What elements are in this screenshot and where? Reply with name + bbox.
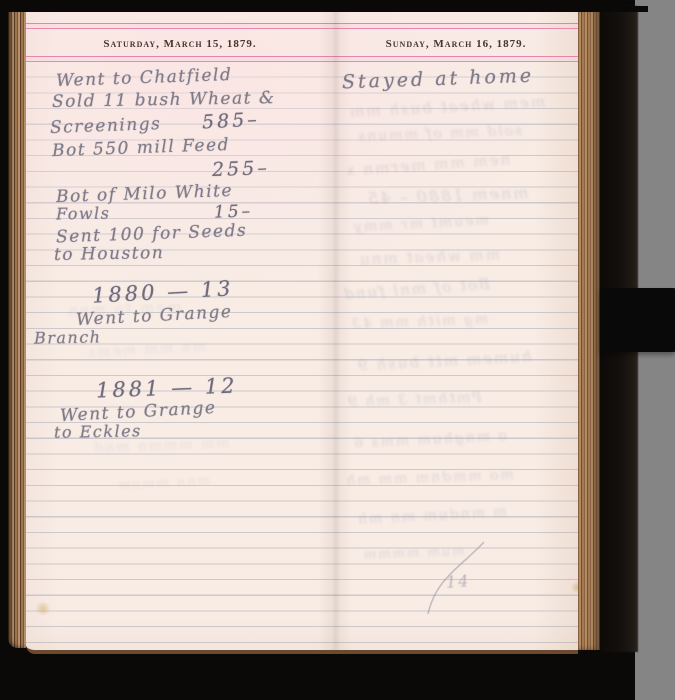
bookmark-strap	[600, 288, 675, 352]
diary-book: Saturday, March 15, 1879. Sunday, March …	[8, 6, 638, 652]
handwriting-line: Fowls	[56, 204, 111, 224]
handwriting-amount: 15–	[214, 201, 254, 222]
handwriting-year-line: 1881 — 12	[96, 374, 238, 403]
page-edges-left	[8, 8, 26, 648]
left-page-date-header: Saturday, March 15, 1879.	[26, 35, 334, 53]
handwriting-line: Screenings	[50, 114, 162, 138]
open-pages: Saturday, March 15, 1879. Sunday, March …	[26, 6, 578, 654]
header-rule-bottom	[26, 56, 578, 62]
page-edges-right	[578, 8, 600, 650]
page-stain	[34, 602, 52, 615]
handwriting-line: to Houston	[54, 243, 165, 265]
scan-top-edge	[8, 6, 648, 12]
header-rule-top	[26, 23, 578, 29]
handwriting-amount: 255–	[212, 157, 270, 181]
pencil-curve-mark	[422, 540, 494, 620]
right-page-date-header: Sunday, March 16, 1879.	[334, 35, 578, 53]
handwriting-amount: 585–	[201, 109, 260, 134]
scanned-diary-photo: Saturday, March 15, 1879. Sunday, March …	[0, 0, 675, 700]
page-stain	[570, 582, 578, 593]
